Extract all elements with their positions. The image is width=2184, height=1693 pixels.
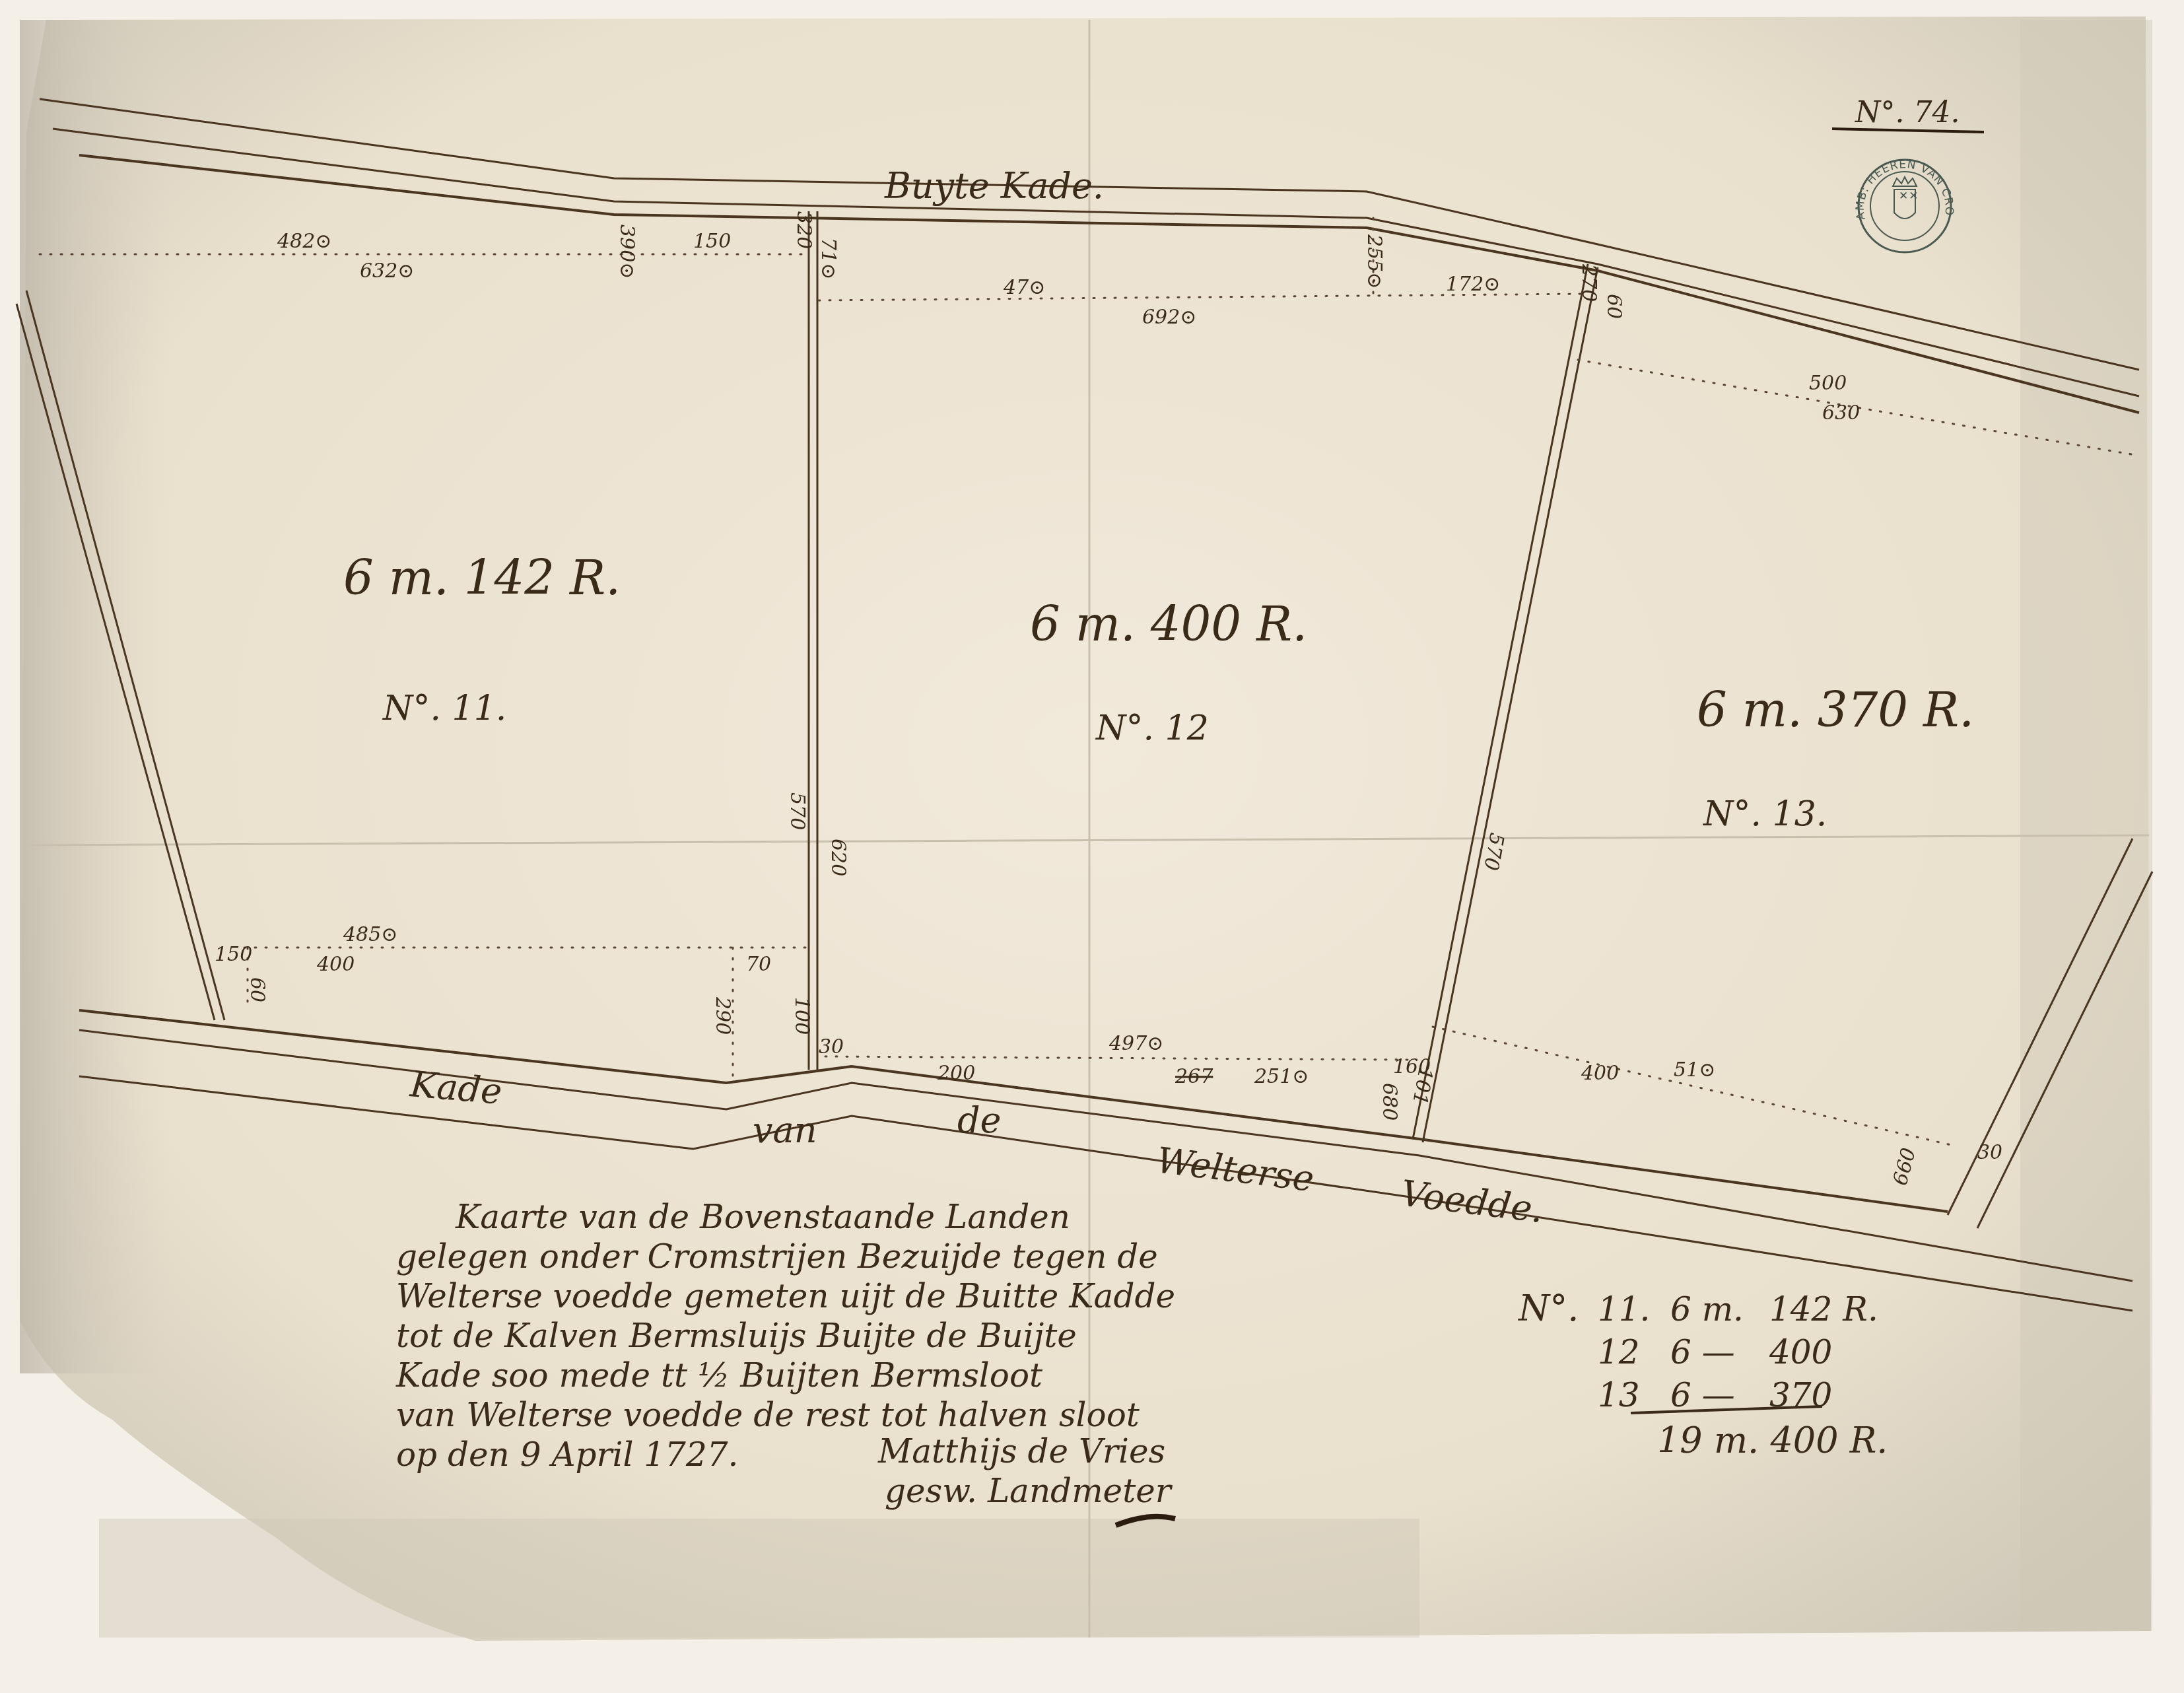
measure: 320 (792, 211, 815, 249)
measure: 692⊙ (1142, 306, 1196, 329)
measure: 290 (711, 996, 734, 1035)
measure: 150 (215, 943, 252, 966)
description-line: op den 9 April 1727. (396, 1435, 738, 1474)
road-label-kade: Kade (408, 1063, 504, 1113)
parcel-12-number: N°. 12 (1095, 708, 1209, 748)
measure: 632⊙ (360, 259, 414, 283)
parcel-12-area: 6 m. 400 R. (1030, 596, 1307, 652)
summary-row-no: 11. (1598, 1290, 1651, 1329)
summary-row-morgen: 6 m. (1670, 1290, 1744, 1329)
measure: 485⊙ (343, 923, 397, 946)
measure: 150 (693, 230, 731, 253)
stamp-crosses: ✕✕ (1899, 190, 1919, 203)
measure: 630 (1822, 401, 1860, 425)
measure: 500 (1809, 372, 1847, 395)
summary-prefix: N°. (1517, 1288, 1579, 1329)
stain-bottom (99, 1519, 1419, 1638)
measure: 620 (827, 839, 850, 876)
measure: 251⊙ (1254, 1065, 1309, 1088)
road-label-de: de (957, 1099, 1002, 1141)
surveyor-title: gesw. Landmeter (885, 1472, 1173, 1510)
measure: 100 (790, 997, 813, 1035)
description-line: gelegen onder Cromstrijen Bezuijde tegen… (396, 1237, 1158, 1276)
measure: 255⊙ (1363, 234, 1386, 289)
parcel-13-area: 6 m. 370 R. (1697, 682, 1974, 738)
summary-row-no: 13 (1598, 1376, 1640, 1414)
summary-total: 19 m. 400 R. (1657, 1420, 1888, 1461)
stain-right (2020, 20, 2152, 1631)
measure: 390⊙ (615, 225, 638, 279)
measure-struck: 267 (1175, 1065, 1213, 1088)
measure: 30 (1977, 1141, 2002, 1164)
measure: 71⊙ (817, 238, 840, 279)
parcel-11-number: N°. 11. (382, 689, 506, 728)
summary-row-roeden: 400 (1769, 1333, 1832, 1371)
map-sheet: N°. 74. ✕✕ AMB: HEEREN VAN CRONSTRYEN Bu… (0, 0, 2184, 1693)
summary-row-no: 12 (1598, 1333, 1640, 1371)
parcel-13-number: N°. 13. (1702, 794, 1827, 834)
description-line: Kaarte van de Bovenstaande Landen (455, 1198, 1070, 1236)
measure: 70 (746, 953, 771, 976)
measure: 570 (786, 792, 809, 830)
surveyor-signature: Matthijs de Vries (877, 1432, 1165, 1470)
description-line: tot de Kalven Bermsluijs Buijte de Buijt… (396, 1317, 1077, 1355)
stain-left (20, 20, 172, 1373)
measure: 270 (1577, 263, 1600, 302)
road-label-top: Buyte Kade. (884, 165, 1104, 207)
measure: 400 (1581, 1062, 1619, 1085)
summary-row-morgen: 6 — (1670, 1333, 1735, 1371)
measure: 680 (1378, 1083, 1401, 1121)
summary-row-roeden: 142 R. (1769, 1290, 1878, 1329)
road-label-van: van (753, 1109, 817, 1151)
description-line: van Welterse voedde de rest tot halven s… (396, 1396, 1140, 1434)
measure: 30 (819, 1035, 844, 1058)
measure: 497⊙ (1109, 1032, 1163, 1055)
description-line: Welterse voedde gemeten uijt de Buitte K… (396, 1277, 1175, 1315)
measure: 60 (246, 977, 269, 1002)
measure: 400 (316, 953, 355, 976)
catalog-number: N°. 74. (1855, 96, 1960, 129)
description-line: Kade soo mede tt ½ Buijten Bermsloot (395, 1356, 1043, 1395)
measure: 47⊙ (1003, 276, 1045, 299)
measure: 51⊙ (1674, 1058, 1715, 1082)
parcel-11-area: 6 m. 142 R. (343, 550, 621, 605)
measure: 200 (937, 1062, 975, 1085)
measure: 60 (1602, 294, 1625, 319)
measure: 172⊙ (1446, 273, 1500, 296)
measure: 482⊙ (277, 230, 331, 253)
